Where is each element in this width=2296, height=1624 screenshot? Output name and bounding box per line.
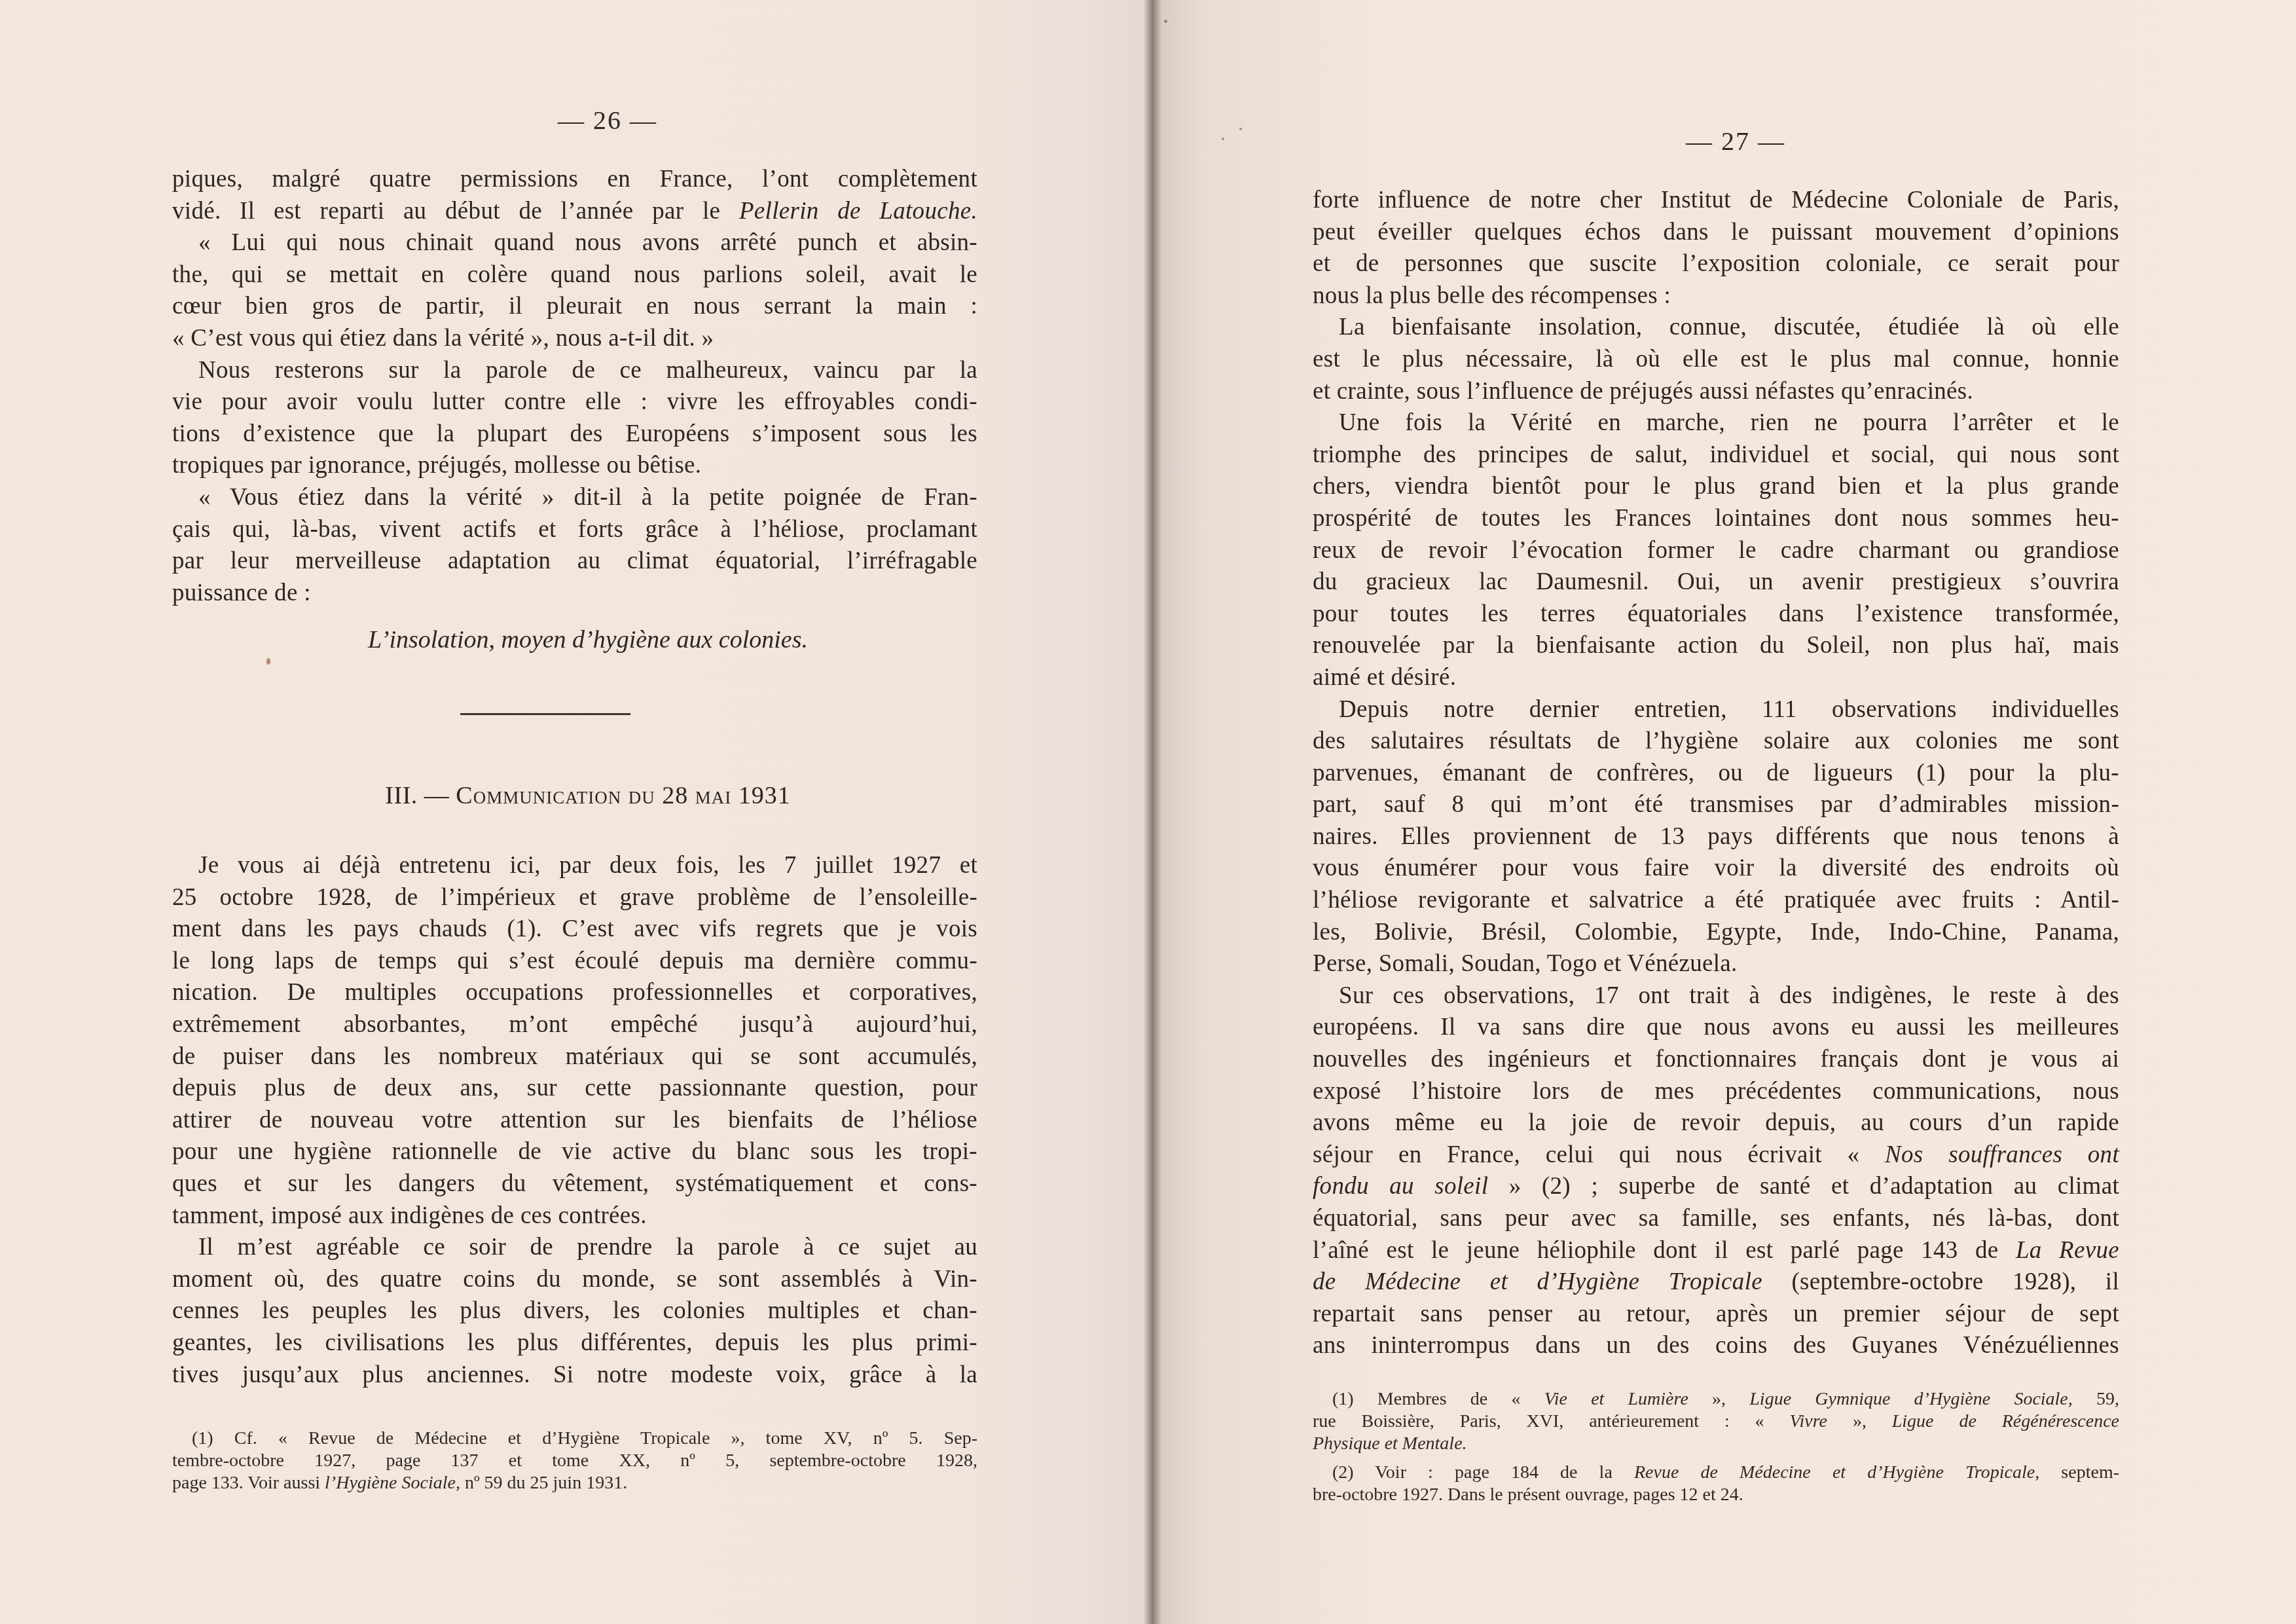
text-line: Sur ces observations, 17 ont trait à des… [1313,980,2119,1012]
text-line: tions d’existence que la plupart des Eur… [172,418,977,451]
text-line: « Lui qui nous chinait quand nous avons … [172,227,977,259]
text-line: part, sauf 8 qui m’ont été transmises pa… [1313,789,2119,821]
footnote-line: Physique et Mentale. [1313,1433,2119,1455]
page-number: — 27 — [1313,126,2119,157]
text-line: le long laps de temps qui s’est écoulé d… [172,946,977,978]
text-line: naires. Elles proviennent de 13 pays dif… [1313,821,2119,853]
book-spread: — 26 — piques, malgré quatre permissions… [0,0,2296,1624]
text-line: Je vous ai déjà entretenu ici, par deux … [172,850,977,882]
text-line: puissance de : [172,578,977,610]
footnotes: (1) Membres de « Vie et Lumière », Ligue… [1313,1388,2119,1513]
paper-speck [1239,128,1242,130]
text-line: aimé et désiré. [1313,662,2119,694]
body-text-top: piques, malgré quatre permissions en Fra… [172,164,977,609]
text-line: du gracieux lac Daumesnil. Oui, un aveni… [1313,566,2119,599]
paper-speck [1222,138,1224,140]
left-page: — 26 — piques, malgré quatre permissions… [172,0,977,1624]
text-line: çais qui, là-bas, vivent actifs et forts… [172,514,977,546]
text-line: prospérité de toutes les Frances lointai… [1313,503,2119,535]
text-line: nous la plus belle des récompenses : [1313,280,2119,312]
section-divider [460,713,630,715]
text-line: vidé. Il est reparti au début de l’année… [172,196,977,228]
text-line: tropiques par ignorance, préjugés, molle… [172,450,977,482]
footnote-line: rue Boissière, Paris, XVI, antérieuremen… [1313,1411,2119,1433]
text-line: de puiser dans les nombreux matériaux qu… [172,1041,977,1073]
right-page: — 27 — forte influence de notre cher Ins… [1313,0,2119,1624]
text-line: « Vous étiez dans la vérité » dit-il à l… [172,482,977,514]
text-line: l’aîné est le jeune héliophile dont il e… [1313,1235,2119,1267]
text-line: des salutaires résultats de l’hygiène so… [1313,726,2119,758]
text-line: l’héliose revigorante et salvatrice a ét… [1313,885,2119,917]
text-line: moment où, des quatre coins du monde, se… [172,1264,977,1296]
text-line: exposé l’histoire lors de mes précédente… [1313,1076,2119,1108]
text-line: ment dans les pays chauds (1). C’est ave… [172,913,977,946]
text-line: nication. De multiples occupations profe… [172,977,977,1009]
text-line: séjour en France, celui qui nous écrivai… [1313,1139,2119,1172]
section-heading: III. — Communication du 28 mai 1931 [172,781,977,810]
text-line: et crainte, sous l’influence de préjugés… [1313,376,2119,408]
text-line: 25 octobre 1928, de l’impérieux et grave… [172,882,977,914]
footnote-1: (1) Membres de « Vie et Lumière », Ligue… [1313,1388,2119,1455]
paper-speck [266,658,270,665]
footnote-line: page 133. Voir aussi l’Hygiène Sociale, … [172,1472,977,1494]
footnote-line: bre-octobre 1927. Dans le présent ouvrag… [1313,1484,2119,1506]
text-line: fondu au soleil » (2) ; superbe de santé… [1313,1171,2119,1203]
text-line: the, qui se mettait en colère quand nous… [172,259,977,291]
text-line: et de personnes que suscite l’exposition… [1313,248,2119,280]
text-line: équatorial, sans peur avec sa famille, s… [1313,1203,2119,1235]
text-line: pour toutes les terres équatoriales dans… [1313,599,2119,631]
text-line: « C’est vous qui étiez dans la vérité »,… [172,323,977,355]
page-number: — 26 — [172,105,977,136]
motto: L’insolation, moyen d’hygiène aux coloni… [172,625,977,654]
text-line: parvenues, émanant de confrères, ou de l… [1313,758,2119,790]
text-line: peut éveiller quelques échos dans le pui… [1313,217,2119,249]
text-line: depuis plus de deux ans, sur cette passi… [172,1073,977,1105]
text-line: chers, viendra bientôt pour le plus gran… [1313,471,2119,503]
footnote-line: (2) Voir : page 184 de la Revue de Médec… [1313,1462,2119,1484]
text-line: forte influence de notre cher Institut d… [1313,185,2119,217]
text-line: extrêmement absorbantes, m’ont empêché j… [172,1009,977,1041]
text-line: cœur bien gros de partir, il pleurait en… [172,291,977,323]
text-line: La bienfaisante insolation, connue, disc… [1313,312,2119,344]
text-line: vous énumérer pour vous faire voir la di… [1313,853,2119,885]
text-line: pour une hygiène rationnelle de vie acti… [172,1136,977,1168]
text-line: repartait sans penser au retour, après u… [1313,1299,2119,1331]
text-line: est le plus nécessaire, là où elle est l… [1313,344,2119,376]
text-line: les, Bolivie, Brésil, Colombie, Egypte, … [1313,917,2119,949]
text-line: nouvelles des ingénieurs et fonctionnair… [1313,1044,2119,1076]
text-line: Nous resterons sur la parole de ce malhe… [172,355,977,387]
text-line: cennes les peuples les plus divers, les … [172,1295,977,1327]
footnote-line: (1) Cf. « Revue de Médecine et d’Hygiène… [172,1428,977,1450]
body-text-section: Je vous ai déjà entretenu ici, par deux … [172,850,977,1391]
text-line: triomphe des principes de salut, individ… [1313,439,2119,471]
text-line: ans ininterrompus dans un des coins des … [1313,1330,2119,1362]
text-line: Perse, Somali, Soudan, Togo et Vénézuela… [1313,948,2119,980]
text-line: Il m’est agréable ce soir de prendre la … [172,1232,977,1264]
text-line: piques, malgré quatre permissions en Fra… [172,164,977,196]
text-line: tives jusqu’aux plus anciennes. Si notre… [172,1359,977,1392]
footnote-line: tembre-octobre 1927, page 137 et tome XX… [172,1450,977,1472]
text-line: avons même eu la joie de revoir depuis, … [1313,1107,2119,1139]
text-line: tamment, imposé aux indigènes de ces con… [172,1200,977,1232]
text-line: par leur merveilleuse adaptation au clim… [172,545,977,578]
text-line: vie pour avoir voulu lutter contre elle … [172,386,977,418]
text-line: ques et sur les dangers du vêtement, sys… [172,1168,977,1200]
paper-speck [1164,20,1167,23]
footnote-1: (1) Cf. « Revue de Médecine et d’Hygiène… [172,1428,977,1494]
text-line: renouvelée par la bienfaisante action du… [1313,630,2119,662]
body-text: forte influence de notre cher Institut d… [1313,185,2119,1362]
text-line: de Médecine et d’Hygiène Tropicale (sept… [1313,1266,2119,1299]
text-line: attirer de nouveau votre attention sur l… [172,1105,977,1137]
footnotes: (1) Cf. « Revue de Médecine et d’Hygiène… [172,1428,977,1501]
text-line: reux de revoir l’évocation former le cad… [1313,535,2119,567]
ship-name: Pellerin de Latouche. [739,198,977,225]
text-line: Une fois la Vérité en marche, rien ne po… [1313,407,2119,439]
text-line: Depuis notre dernier entretien, 111 obse… [1313,694,2119,726]
footnote-line: (1) Membres de « Vie et Lumière », Ligue… [1313,1388,2119,1411]
text-line: européens. Il va sans dire que nous avon… [1313,1012,2119,1044]
text-line: geantes, les civilisations les plus diff… [172,1327,977,1359]
footnote-2: (2) Voir : page 184 de la Revue de Médec… [1313,1462,2119,1506]
